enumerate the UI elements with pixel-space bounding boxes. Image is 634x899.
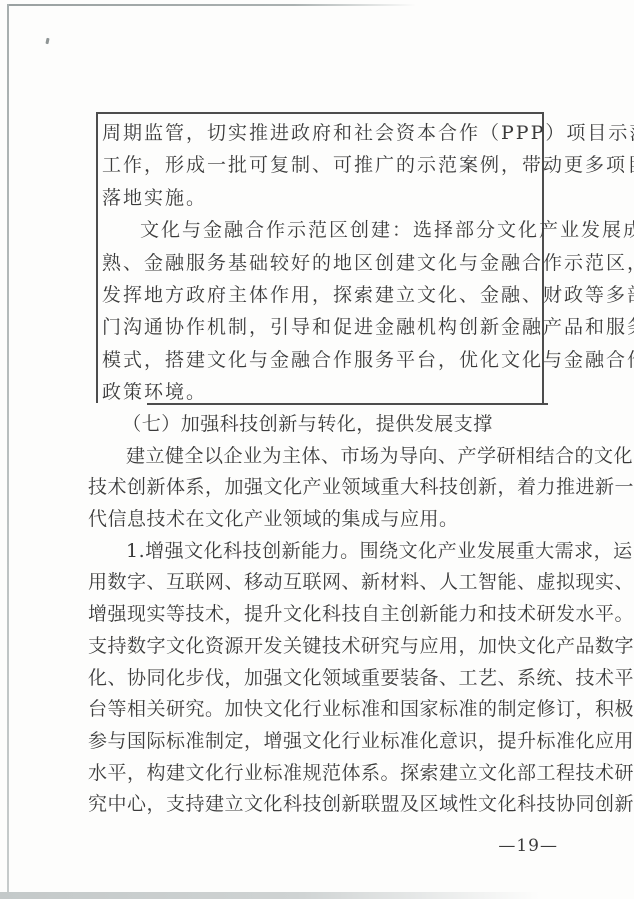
boxed-text-line: 文化与金融合作示范区创建：选择部分文化产业发展成: [102, 214, 542, 246]
body-text-line: 水平，构建文化行业标准规范体系。探索建立文化部工程技术研: [88, 758, 558, 790]
boxed-text-line: 熟、金融服务基础较好的地区创建文化与金融合作示范区，: [102, 247, 542, 279]
scanned-document-page: 周期监管，切实推进政府和社会资本合作（PPP）项目示范 工作，形成一批可复制、可…: [0, 0, 634, 899]
scan-speck: [45, 38, 49, 44]
section-heading: （七）加强科技创新与转化，提供发展支撑: [88, 409, 558, 441]
scan-bottom-edge-band: [0, 892, 540, 899]
boxed-text-line: 模式，搭建文化与金融合作服务平台，优化文化与金融合作: [102, 344, 542, 376]
framed-text-box: 周期监管，切实推进政府和社会资本合作（PPP）项目示范 工作，形成一批可复制、可…: [96, 112, 544, 403]
boxed-text-line: 周期监管，切实推进政府和社会资本合作（PPP）项目示范: [102, 117, 542, 149]
body-text-line: 支持数字文化资源开发关键技术研究与应用，加快文化产品数字: [88, 631, 558, 663]
body-text-line: 究中心，支持建立文化科技创新联盟及区域性文化科技协同创新: [88, 789, 558, 821]
body-text-line: 建立健全以企业为主体、市场为导向、产学研相结合的文化: [88, 441, 558, 473]
page-number: —19—: [498, 836, 558, 856]
body-text-line: 参与国际标准制定，增强文化行业标准化意识，提升标准化应用: [88, 726, 558, 758]
scan-top-edge-line: [8, 4, 416, 6]
body-text-line: 代信息技术在文化产业领域的集成与应用。: [88, 504, 558, 536]
boxed-text-line: 门沟通协作机制，引导和促进金融机构创新金融产品和服务: [102, 311, 542, 343]
body-text-line: 1.增强文化科技创新能力。围绕文化产业发展重大需求，运: [88, 536, 558, 568]
document-body: （七）加强科技创新与转化，提供发展支撑 建立健全以企业为主体、市场为导向、产学研…: [88, 409, 558, 821]
boxed-text-line: 工作，形成一批可复制、可推广的示范案例，带动更多项目: [102, 149, 542, 181]
body-text-line: 台等相关研究。加快文化行业标准和国家标准的制定修订，积极: [88, 694, 558, 726]
framed-box-bottom-border: [147, 403, 548, 405]
scan-left-edge-line: [7, 4, 9, 899]
body-text-line: 用数字、互联网、移动互联网、新材料、人工智能、虚拟现实、: [88, 567, 558, 599]
body-text-line: 化、协同化步伐，加强文化领域重要装备、工艺、系统、技术平: [88, 663, 558, 695]
boxed-text-line: 落地实施。: [102, 182, 542, 214]
body-text-line: 技术创新体系，加强文化产业领域重大科技创新，着力推进新一: [88, 472, 558, 504]
body-text-line: 增强现实等技术，提升文化科技自主创新能力和技术研发水平。: [88, 599, 558, 631]
boxed-text-line: 发挥地方政府主体作用，探索建立文化、金融、财政等多部: [102, 279, 542, 311]
